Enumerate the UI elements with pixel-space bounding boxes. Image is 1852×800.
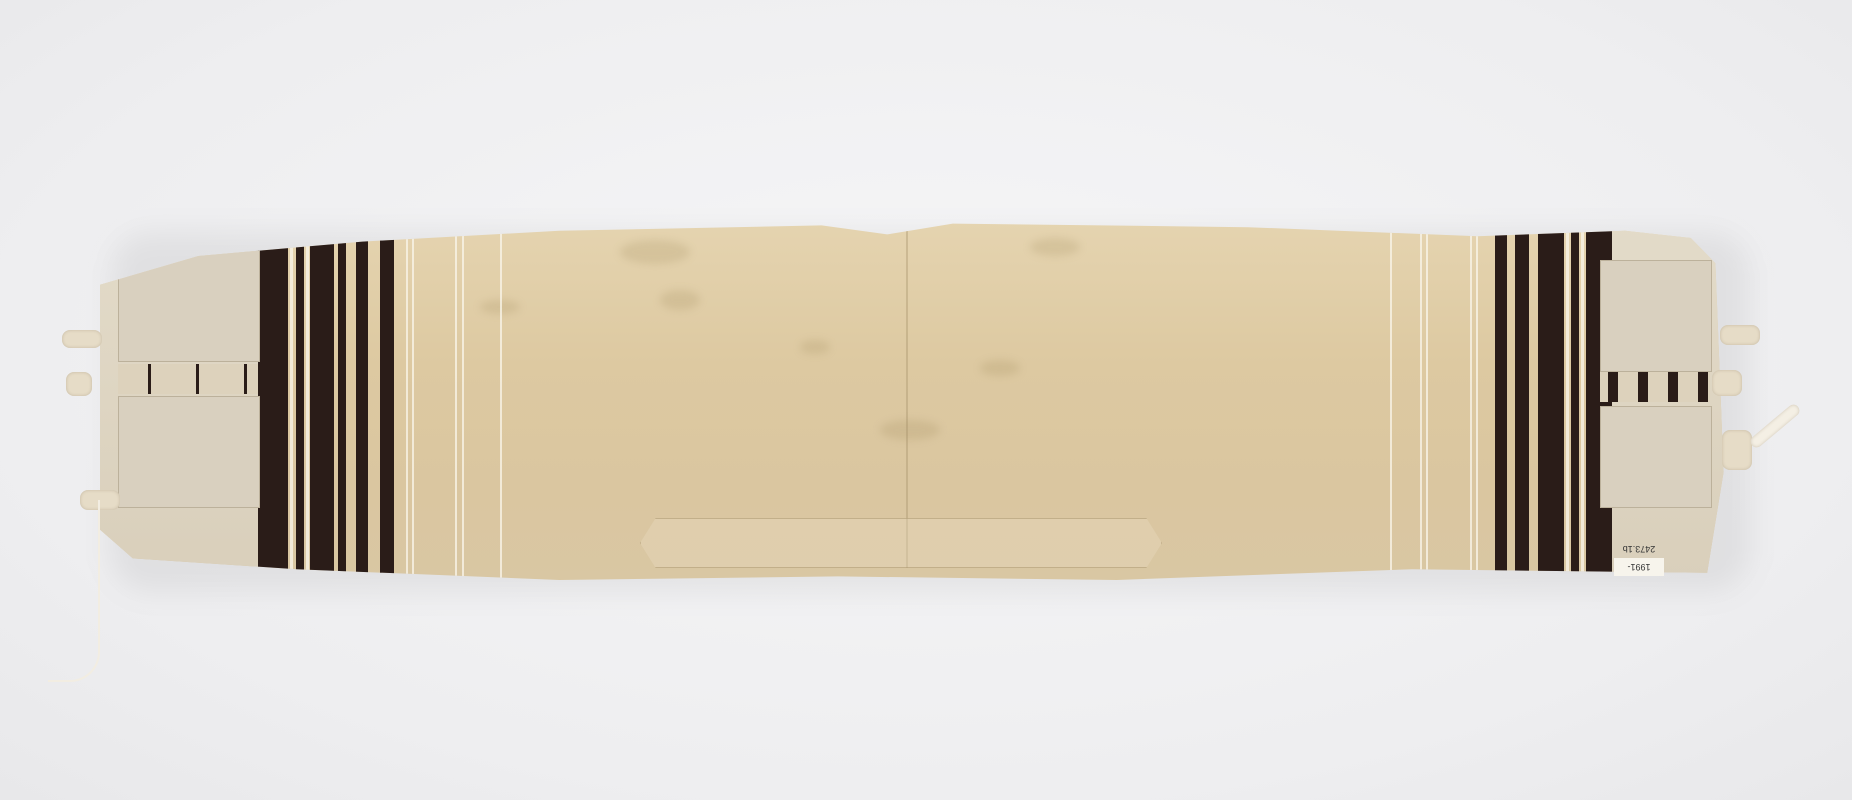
fringe-knot <box>1720 325 1760 345</box>
fringe-tassel <box>1748 402 1802 450</box>
stripe <box>462 220 464 580</box>
stain <box>980 360 1020 376</box>
stripe <box>406 220 408 580</box>
stripe <box>1515 220 1529 580</box>
corner-band-right <box>1600 372 1710 402</box>
fringe-string <box>48 500 100 682</box>
stripe <box>500 220 502 580</box>
stripe <box>1566 220 1569 580</box>
fringe-knot <box>1722 430 1752 470</box>
stripe <box>412 220 414 580</box>
corner-patch-bottom-right <box>1600 406 1712 508</box>
stripe <box>306 220 309 580</box>
shawl-body <box>100 220 1740 580</box>
stripe <box>455 220 457 580</box>
stripe <box>1470 220 1472 580</box>
stripe <box>1390 220 1392 580</box>
stripe <box>310 220 334 580</box>
stripe <box>1538 220 1564 580</box>
stripe <box>1495 220 1507 580</box>
stripe <box>1571 220 1579 580</box>
stripe <box>258 220 288 580</box>
fringe-knot <box>62 330 102 348</box>
stain <box>620 240 690 264</box>
stripe <box>1420 220 1422 580</box>
photo-scene: 1991-2473.1b <box>0 0 1852 800</box>
fringe-knot <box>1712 370 1742 396</box>
stripe <box>1476 220 1478 580</box>
stain <box>880 420 940 440</box>
center-seam <box>906 228 908 568</box>
stain <box>1030 238 1080 256</box>
stain <box>800 340 830 354</box>
accession-label: 1991-2473.1b <box>1614 558 1664 576</box>
corner-band-left <box>118 364 258 394</box>
stripe <box>1581 220 1584 580</box>
corner-patch-bottom-left <box>118 396 260 508</box>
stain <box>660 290 700 310</box>
stripe <box>380 220 394 580</box>
stripe <box>290 220 293 580</box>
stripe <box>296 220 304 580</box>
stripe <box>338 220 346 580</box>
stripe <box>356 220 368 580</box>
fringe-knot <box>66 372 92 396</box>
stripe <box>1426 220 1428 580</box>
corner-patch-top-right <box>1600 260 1712 372</box>
bottom-patch <box>640 518 1162 568</box>
